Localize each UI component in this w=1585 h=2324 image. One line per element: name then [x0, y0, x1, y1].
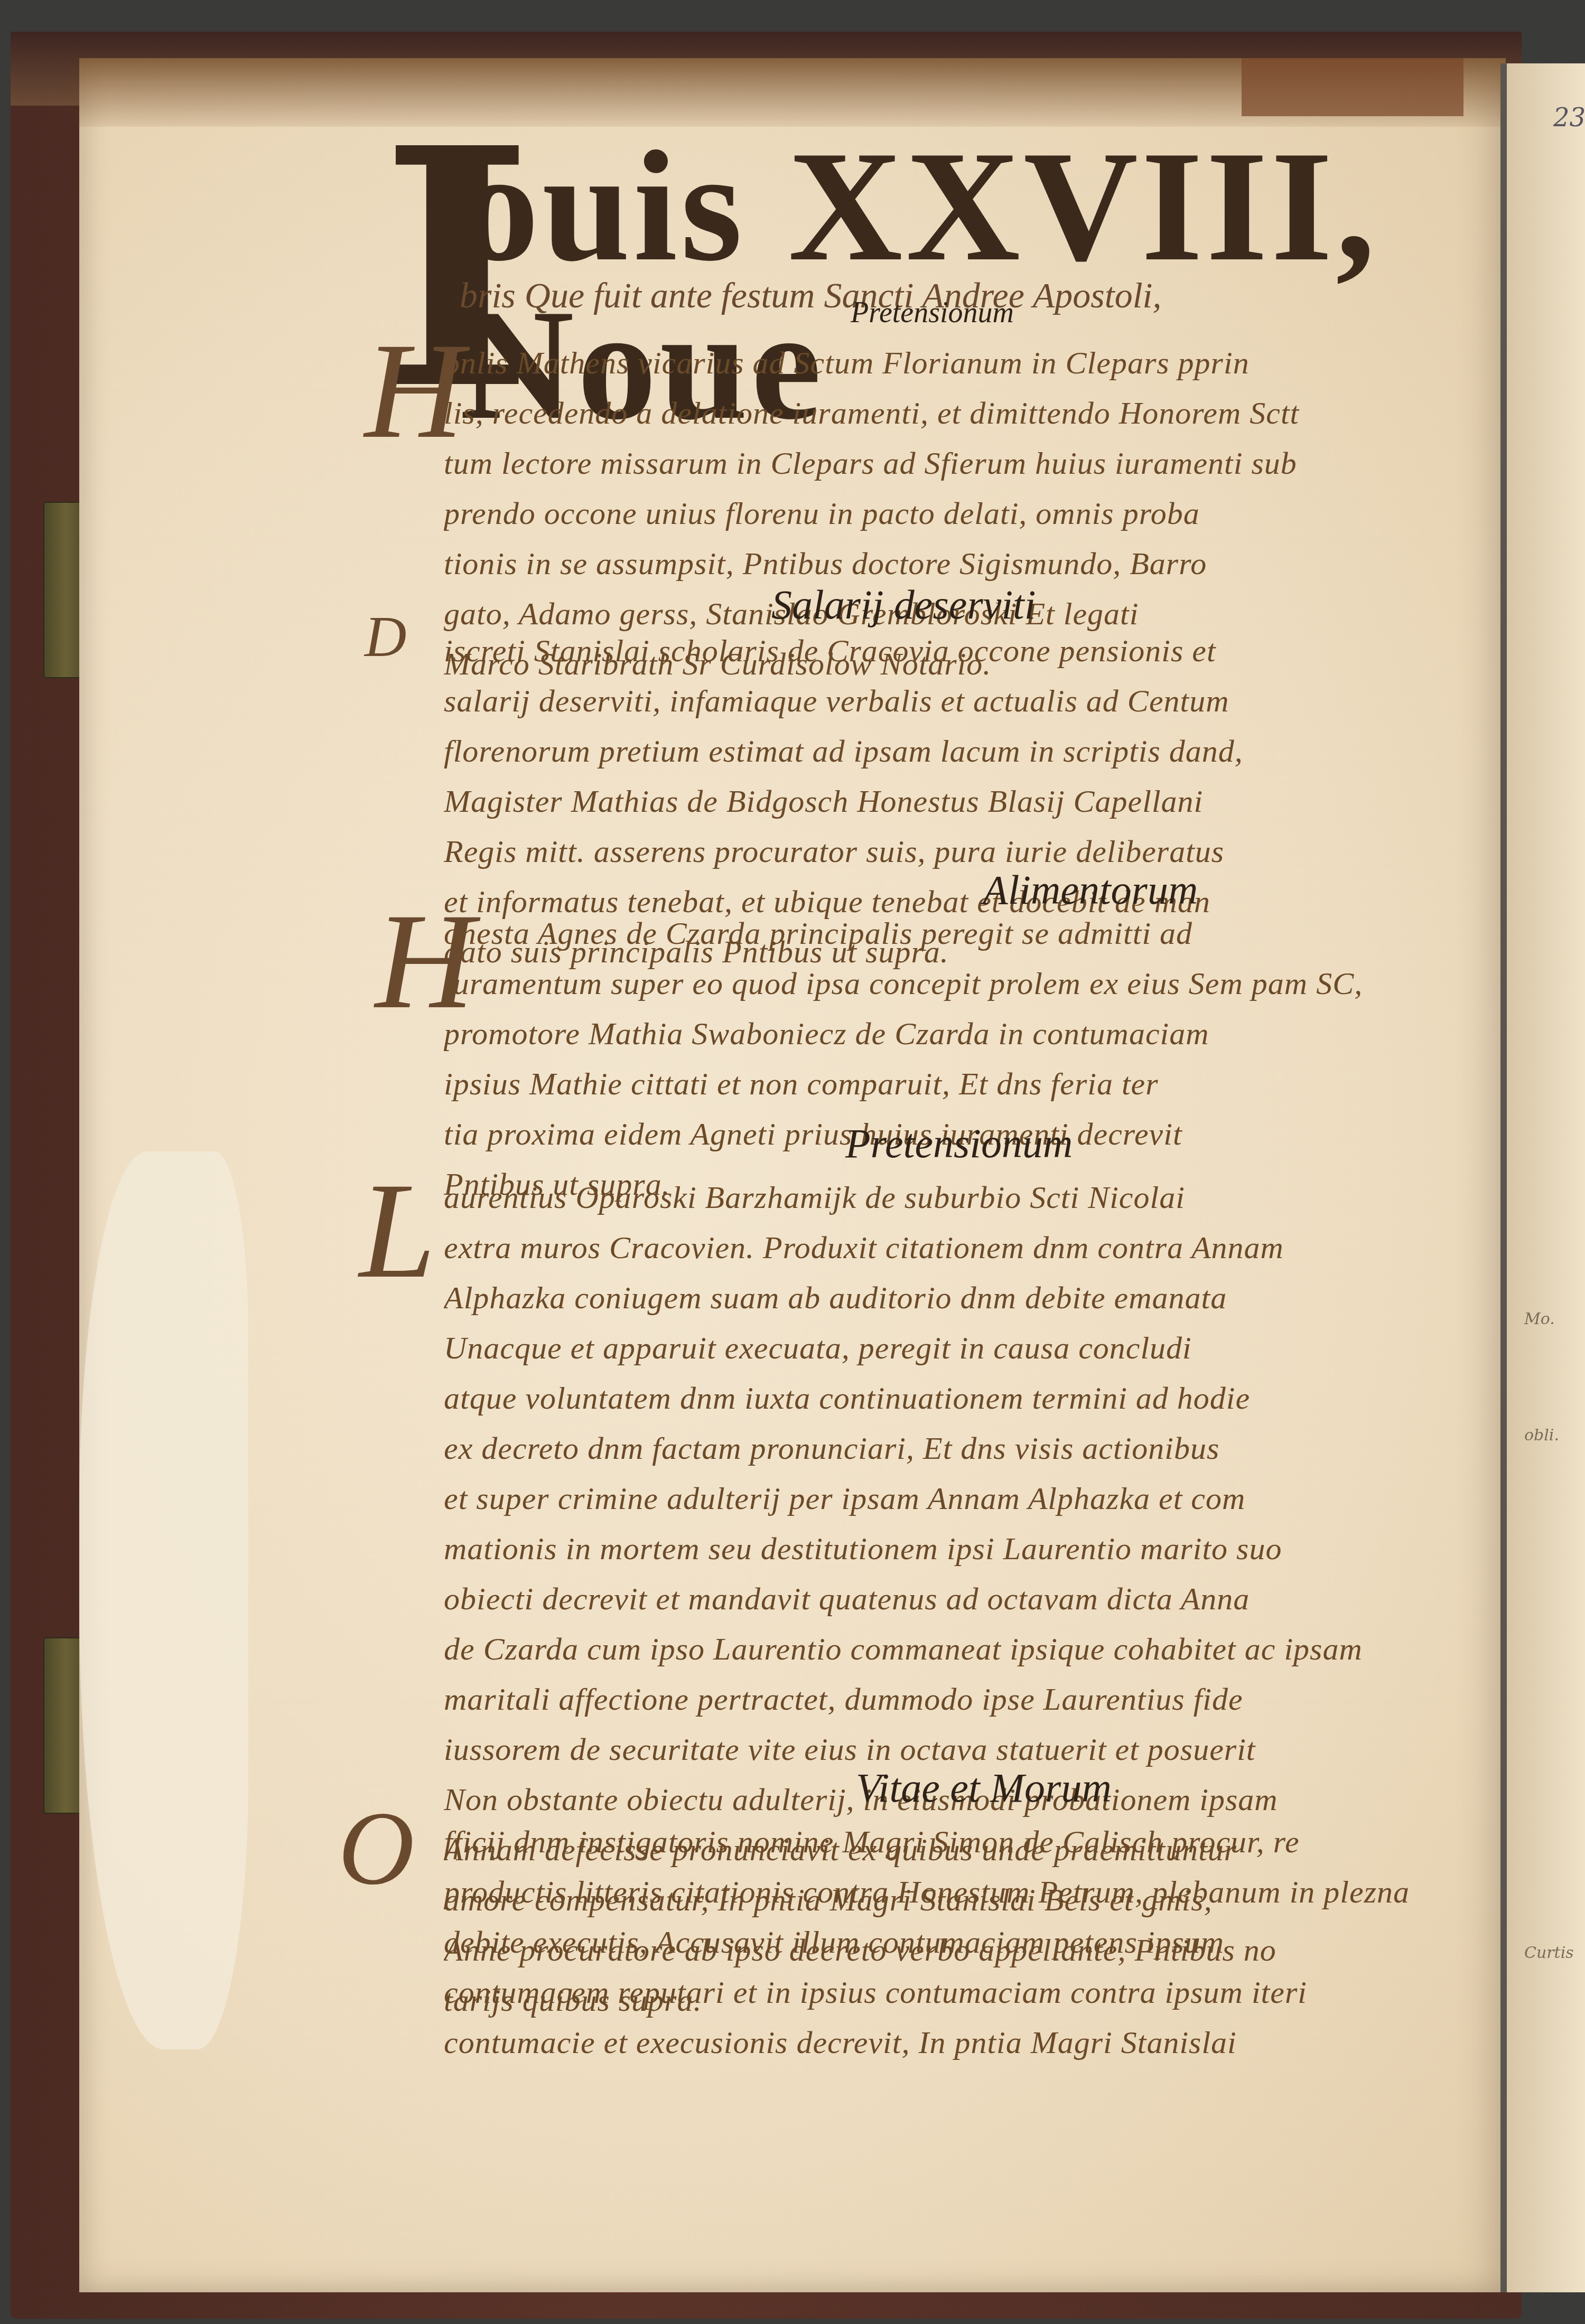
- section-heading: Pretensionum: [851, 296, 1014, 330]
- section-paragraph: fficij dnm instigatoris nomine Magri Sim…: [444, 1817, 1479, 2068]
- section-heading: Alimentorum: [983, 866, 1198, 914]
- text-line: Regis mitt. asserens procurator suis, pu…: [444, 827, 1479, 877]
- text-line: atque voluntatem dnm iuxta continuatione…: [444, 1373, 1479, 1423]
- text-line: contumacem reputari et in ipsius contuma…: [444, 1967, 1479, 2018]
- text-line: promotore Mathia Swaboniecz de Czarda in…: [444, 1009, 1479, 1059]
- text-line: onesta Agnes de Czarda principalis pereg…: [444, 908, 1479, 959]
- text-line: salarij deserviti, infamiaque verbalis e…: [444, 676, 1479, 726]
- text-line: iscreti Stanislai scholaris de Cracovia …: [444, 626, 1479, 676]
- text-line: prendo occone unius florenu in pacto del…: [444, 489, 1479, 539]
- text-line: et super crimine adulterij per ipsam Ann…: [444, 1474, 1479, 1524]
- section-heading: Vitae et Morum: [856, 1764, 1112, 1812]
- text-line: lis, recedendo a delatione iuramenti, et…: [444, 388, 1479, 438]
- text-line: aurentius Oparoski Barzhamijk de suburbi…: [444, 1173, 1479, 1223]
- text-line: tum lectore missarum in Clepars ad Sfier…: [444, 438, 1479, 489]
- section-initial: L: [359, 1162, 436, 1299]
- section-heading: Salarij deserviti: [771, 581, 1036, 629]
- text-line: florenorum pretium estimat ad ipsam lacu…: [444, 726, 1479, 776]
- text-line: extra muros Cracovien. Produxit citation…: [444, 1223, 1479, 1273]
- text-line: Unacque et apparuit execuata, peregit in…: [444, 1323, 1479, 1373]
- text-line: productis litteris citationis contra Hon…: [444, 1867, 1479, 1917]
- text-line: maritali affectione pertractet, dummodo …: [444, 1674, 1479, 1725]
- facing-page-note: Mo.: [1524, 1310, 1555, 1328]
- text-line: Alphazka coniugem suam ab auditorio dnm …: [444, 1273, 1479, 1323]
- text-line: onlis Mathens vicarius ad Sctum Florianu…: [444, 338, 1479, 388]
- text-line: Magister Mathias de Bidgosch Honestus Bl…: [444, 776, 1479, 827]
- section-heading: Pretensionum: [845, 1120, 1073, 1167]
- text-line: debite executis, Accusavit illum contuma…: [444, 1917, 1479, 1967]
- water-stain-corner: [1242, 58, 1463, 116]
- text-line: fficij dnm instigatoris nomine Magri Sim…: [444, 1817, 1479, 1867]
- text-line: ex decreto dnm factam pronunciari, Et dn…: [444, 1423, 1479, 1474]
- text-line: obiecti decrevit et mandavit quatenus ad…: [444, 1574, 1479, 1624]
- text-line: contumacie et execusionis decrevit, In p…: [444, 2018, 1479, 2068]
- paper-repair-patch: [79, 1151, 248, 2049]
- section-initial: O: [338, 1796, 414, 1901]
- text-line: mationis in mortem seu destitutionem ips…: [444, 1524, 1479, 1574]
- facing-page-note: Curtis: [1524, 1944, 1574, 1962]
- text-line: iuramentum super eo quod ipsa concepit p…: [444, 959, 1479, 1009]
- title-continuation: bris Que fuit ante festum Sancti Andree …: [460, 275, 1161, 316]
- text-line: ipsius Mathie cittati et non comparuit, …: [444, 1059, 1479, 1109]
- text-line: de Czarda cum ipso Laurentio commaneat i…: [444, 1624, 1479, 1674]
- section-initial: D: [365, 607, 406, 666]
- facing-page-note: obli.: [1524, 1426, 1559, 1445]
